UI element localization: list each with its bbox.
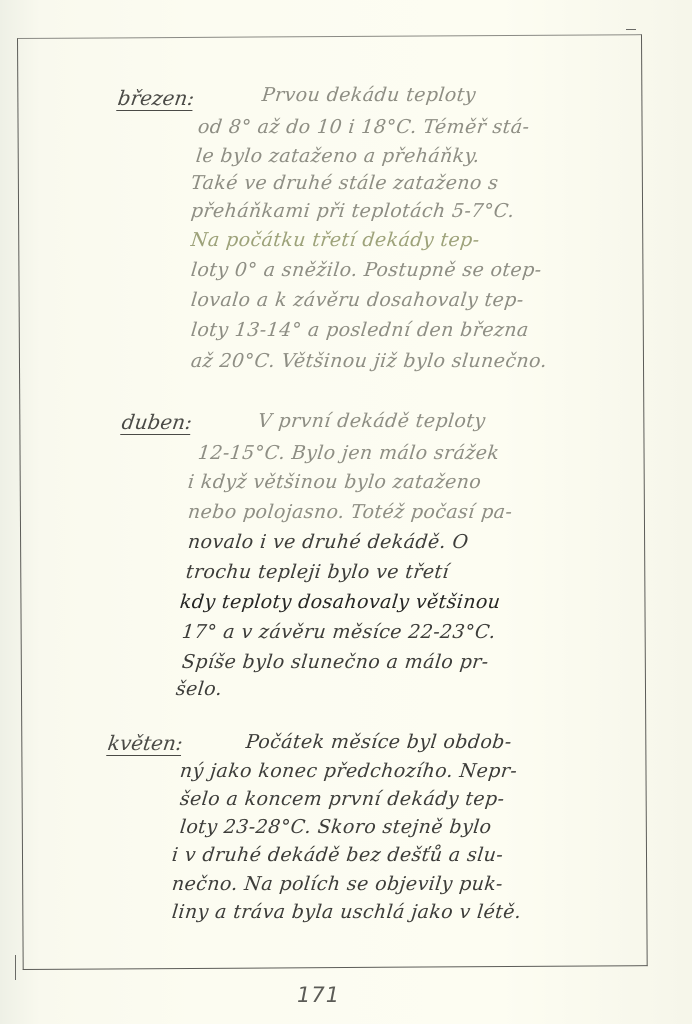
text-line: šelo. xyxy=(175,678,224,700)
text-line: le bylo zataženo a přeháňky. xyxy=(195,145,481,167)
text-line: Na počátku třetí dekády tep- xyxy=(190,229,481,251)
text-line: V první dekádě teploty xyxy=(257,410,487,432)
text-line: šelo a koncem první dekády tep- xyxy=(179,788,506,810)
text-line: od 8° až do 10 i 18°C. Téměř stá- xyxy=(197,116,531,138)
frame-corner-tick xyxy=(626,29,636,30)
text-line: liny a tráva byla uschlá jako v létě. xyxy=(171,901,523,923)
text-line: loty 23-28°C. Skoro stejně bylo xyxy=(179,816,493,838)
text-line: Prvou dekádu teploty xyxy=(261,84,477,106)
text-line: až 20°C. Většinou již bylo slunečno. xyxy=(190,350,548,372)
text-line: i v druhé dekádě bez dešťů a slu- xyxy=(171,844,504,866)
section-heading: duben: xyxy=(120,410,193,434)
text-line: lovalo a k závěru dosahovaly tep- xyxy=(190,289,525,311)
text-line: nečno. Na polích se objevily puk- xyxy=(171,873,504,895)
text-line: i když většinou bylo zataženo xyxy=(187,471,483,493)
text-line: ný jako konec předchozího. Nepr- xyxy=(179,760,518,782)
text-line: loty 0° a sněžilo. Postupně se otep- xyxy=(190,259,543,281)
frame-corner-tick xyxy=(15,955,16,980)
text-line: kdy teploty dosahovaly většinou xyxy=(179,591,502,613)
text-line: nebo polojasno. Totéž počasí pa- xyxy=(187,501,514,523)
section-heading: květen: xyxy=(106,731,184,755)
text-line: loty 13-14° a poslední den března xyxy=(190,319,530,341)
text-line: trochu tepleji bylo ve třetí xyxy=(185,561,450,583)
section-heading: březen: xyxy=(116,86,196,110)
text-line: přeháňkami při teplotách 5-7°C. xyxy=(190,200,516,222)
text-line: Také ve druhé stále zataženo s xyxy=(190,172,500,194)
page-number: 171 xyxy=(297,983,340,1007)
text-line: novalo i ve druhé dekádě. O xyxy=(187,531,470,553)
text-line: 17° a v závěru měsíce 22-23°C. xyxy=(181,621,497,643)
text-line: Spíše bylo slunečno a málo pr- xyxy=(181,651,490,673)
text-line: 12-15°C. Bylo jen málo srážek xyxy=(197,442,501,464)
text-line: Počátek měsíce byl obdob- xyxy=(245,731,513,753)
